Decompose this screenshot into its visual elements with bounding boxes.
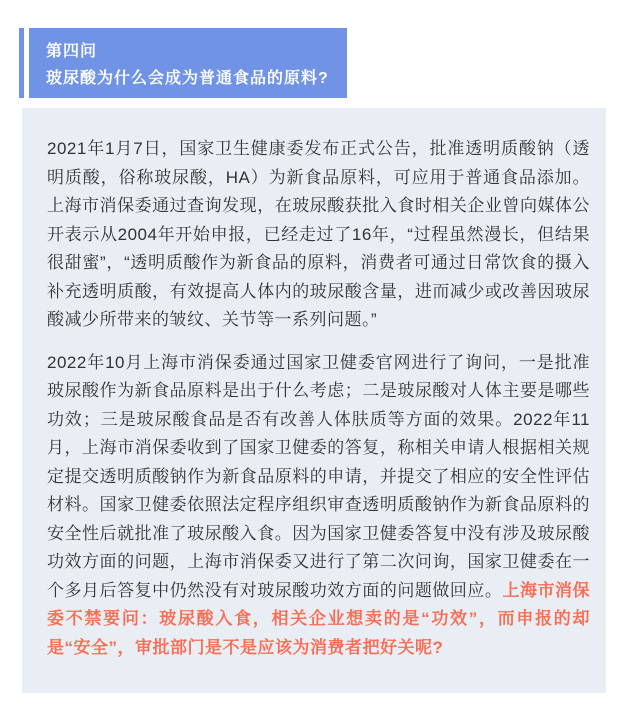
question-header: 第四问 玻尿酸为什么会成为普通食品的原料? bbox=[29, 28, 347, 98]
question-title: 玻尿酸为什么会成为普通食品的原料? bbox=[46, 65, 333, 92]
question-number: 第四问 bbox=[46, 38, 333, 65]
paragraph-1: 2021年1月7日，国家卫生健康委发布正式公告，批准透明质酸钠（透明质酸，俗称玻… bbox=[47, 135, 590, 335]
article-body: 2021年1月7日，国家卫生健康委发布正式公告，批准透明质酸钠（透明质酸，俗称玻… bbox=[22, 108, 606, 693]
paragraph-2: 2022年10月上海市消保委通过国家卫健委官网进行了询问，一是批准玻尿酸作为新食… bbox=[47, 349, 590, 663]
paragraph-2-normal: 2022年10月上海市消保委通过国家卫健委官网进行了询问，一是批准玻尿酸作为新食… bbox=[47, 353, 590, 600]
header-accent-bar bbox=[19, 28, 24, 98]
